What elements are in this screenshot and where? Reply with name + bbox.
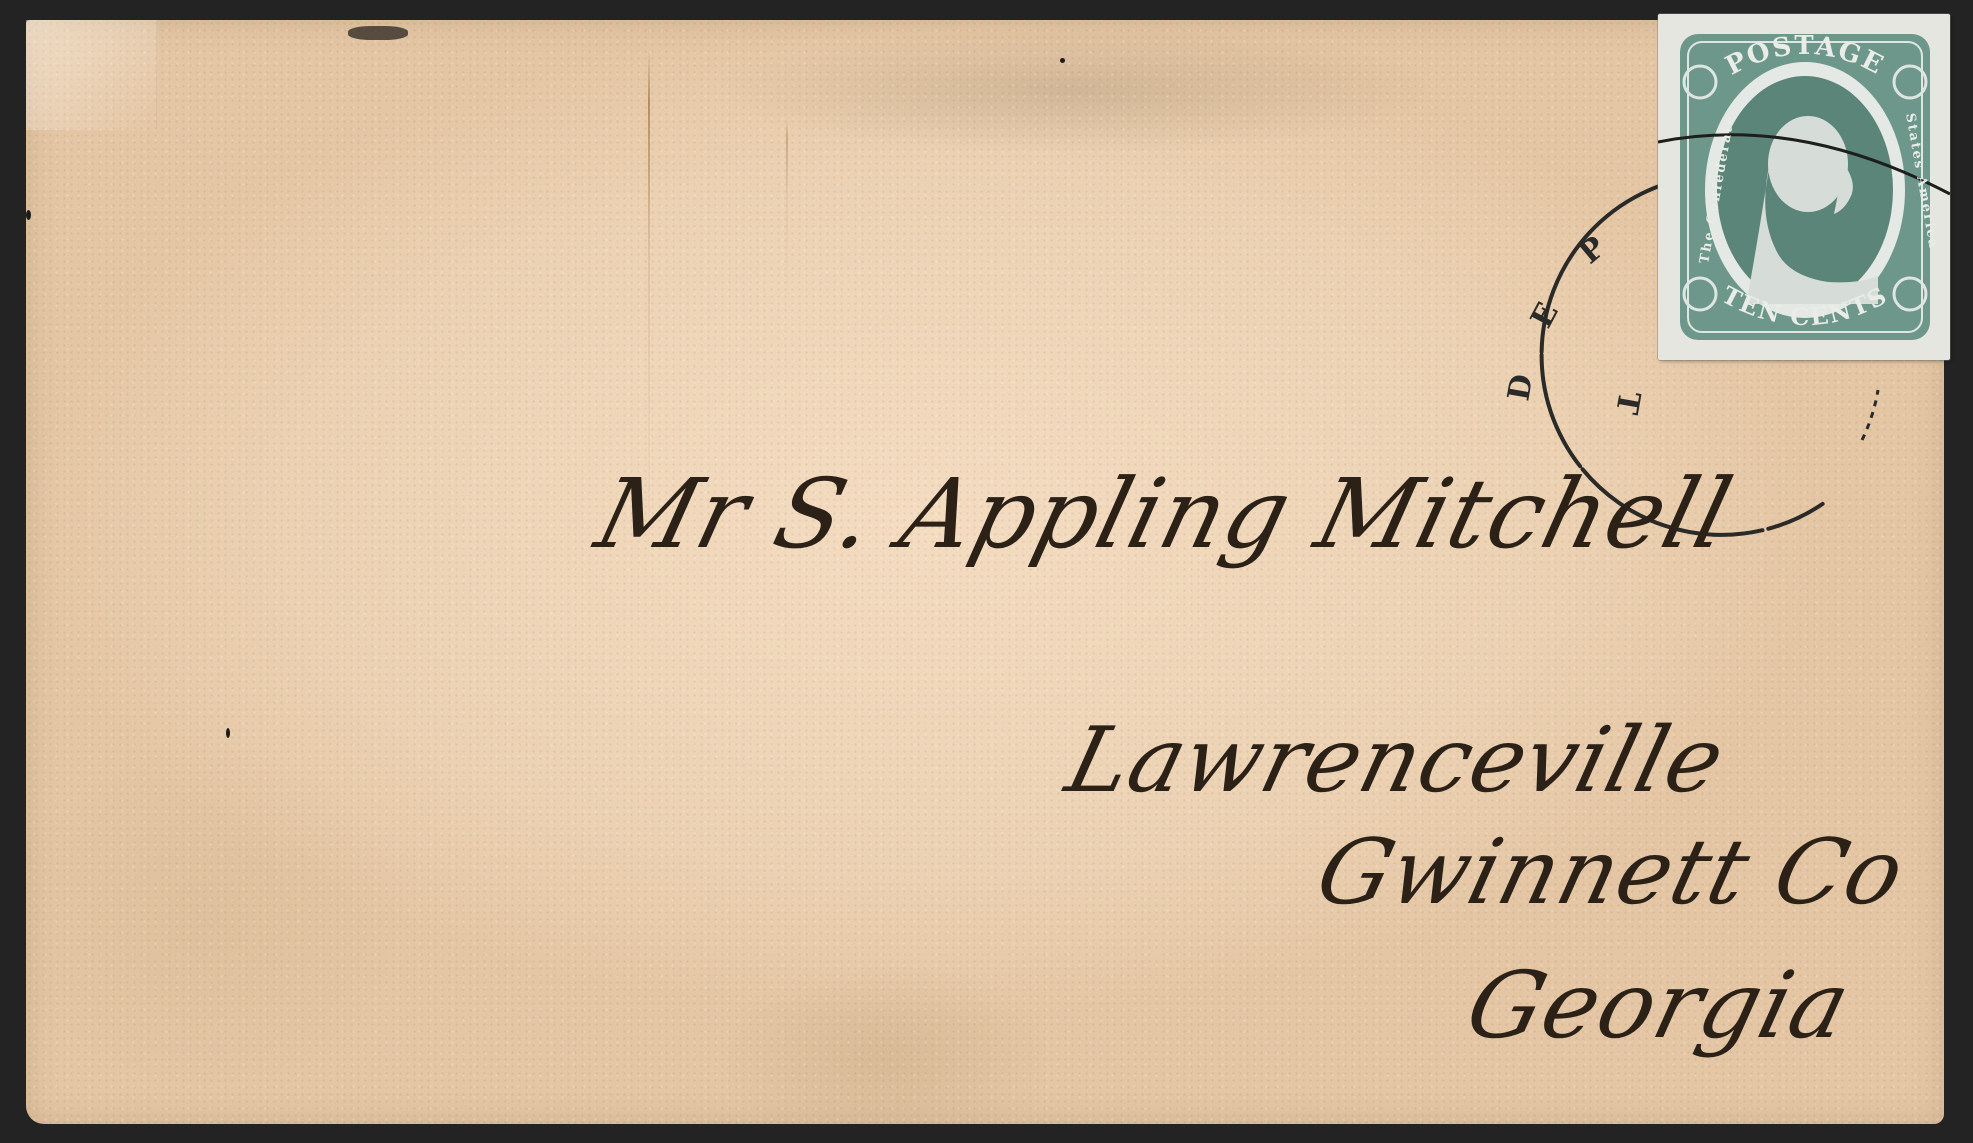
photo-stage: D E P T <box>0 0 1973 1143</box>
postmark-letter: T <box>1608 389 1646 418</box>
postmark-letter: E <box>1524 297 1566 334</box>
postage-stamp: POSTAGE TEN CENTS The Confederate States… <box>1658 14 1950 360</box>
stain-streak <box>786 120 788 300</box>
stamp-design: POSTAGE TEN CENTS The Confederate States… <box>1658 14 1950 360</box>
envelope-flap-corner <box>26 20 157 130</box>
postmark-letter: D <box>1501 372 1540 404</box>
postmark-letter: P <box>1573 230 1613 271</box>
ink-dot <box>1060 58 1065 63</box>
ink-smudge <box>348 26 408 40</box>
ink-dot <box>226 728 230 738</box>
ink-dot <box>26 210 31 220</box>
stain-streak <box>648 50 650 570</box>
